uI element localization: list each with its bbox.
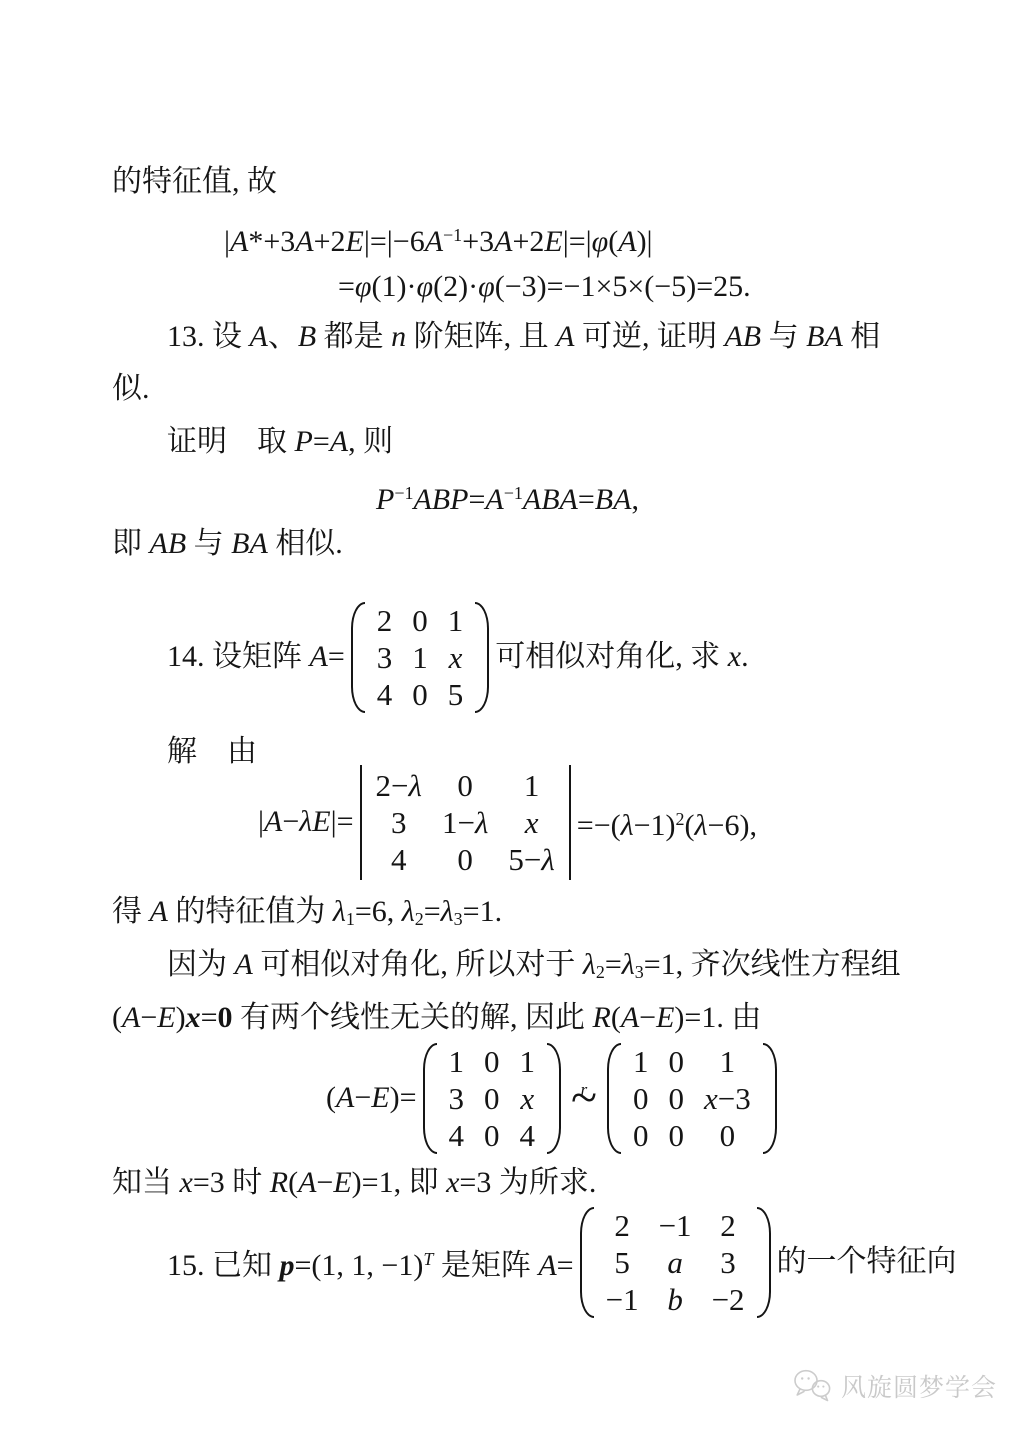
text-run: . (741, 640, 749, 673)
text-run: 由 (197, 735, 257, 768)
left-paren (423, 1043, 437, 1154)
equation-phi-line2: =φ(1)·φ(2)·φ(−3)=−1×5×(−5)=25. (338, 268, 751, 306)
text-run: 1 (346, 909, 355, 929)
wechat-icon (792, 1368, 834, 1404)
matrix-row-reduced: 10100x−3000 (607, 1043, 777, 1154)
text-run: A (150, 895, 168, 928)
text-run: − (316, 1166, 333, 1199)
text-run: 15. 已知 (167, 1248, 280, 1281)
text-run: AB (724, 320, 761, 353)
text-run: 与 (186, 527, 231, 560)
text-run: ( (608, 225, 618, 258)
text-run: 解 (167, 735, 197, 768)
matrix-cell: 0 (658, 1043, 694, 1080)
text-run: =6, (355, 895, 402, 928)
text-run: +2 (512, 225, 544, 258)
problem14-statement: 14. 设矩阵 A= 20131x405 可相似对角化, 求 x. (167, 601, 749, 713)
matrix-cell: −1 (649, 1207, 702, 1244)
text-run: P (376, 483, 394, 516)
text-run: − (282, 805, 299, 838)
text-run: A (235, 948, 253, 981)
matrix-row: 2−12 (596, 1207, 755, 1244)
text-run: A (264, 805, 282, 838)
watermark: 风旋圆梦学会 (792, 1368, 997, 1404)
text-run: BA (595, 483, 632, 516)
text-run: 可相似对角化, 求 (495, 640, 728, 673)
matrix-cell: 1−λ (432, 804, 498, 841)
matrix-cell: 0 (432, 841, 498, 878)
text-run: λ (475, 805, 488, 840)
text-run: 相似. (268, 527, 343, 560)
text-run: =3 时 (193, 1166, 270, 1199)
text-run: 13. 设 (167, 320, 250, 353)
determinant-grid: 2−λ0131−λx405−λ (360, 765, 571, 880)
text-run: A (310, 640, 328, 673)
paragraph-eigenvalue-tail: 的特征值, 故 (112, 163, 277, 201)
matrix-row: 2−λ01 (366, 767, 565, 804)
text-run: R (593, 1001, 611, 1034)
text-run: A (250, 320, 268, 353)
text-run: (−3)=−1×5×(−5)=25. (495, 270, 751, 303)
matrix-row: 101 (623, 1043, 761, 1080)
text-run: 的特征值为 (168, 895, 333, 928)
text-run: 得 (112, 895, 150, 928)
matrix-cell: 0 (432, 767, 498, 804)
text-run: = (338, 270, 355, 303)
text-run: x (525, 805, 539, 840)
equation-phi-line1: |A*+3A+2E|=|−6A−1+3A+2E|=|φ(A)| (224, 216, 653, 261)
text-run: 的特征值, 故 (112, 165, 277, 198)
matrix-cell: 5 (438, 676, 474, 713)
text-run: 可相似对角化, 所以对于 (253, 948, 583, 981)
text-run: BA (231, 527, 268, 560)
matrix-grid: 2−125a3−1b−2 (596, 1207, 755, 1318)
right-paren (757, 1207, 771, 1318)
matrix-cell: 1 (623, 1043, 659, 1080)
text-run: A (425, 225, 443, 258)
matrix-cell: x (498, 804, 564, 841)
matrix-cell: 4 (366, 841, 432, 878)
eigenvalues-line: 得 A 的特征值为 λ1=6, λ2=λ3=1. (112, 893, 502, 938)
matrix-row: 201 (367, 602, 474, 639)
text-run: λ (409, 768, 422, 803)
matrix-cell: 1 (402, 639, 438, 676)
text-run: E (544, 225, 562, 258)
text-run: φ (417, 270, 434, 303)
matrix-a14: 20131x405 (351, 602, 490, 713)
problem15-suffix: 的一个特征向 (777, 1243, 957, 1281)
text-run: A (336, 1081, 354, 1114)
text-run: 知当 (112, 1166, 180, 1199)
text-run: =(1, 1, −1) (295, 1248, 424, 1281)
text-run: b (667, 1282, 683, 1317)
equation-similarity: P−1ABP=A−1ABA=BA, (376, 474, 639, 519)
matrix-grid: 10100x−3000 (623, 1043, 761, 1154)
text-run: = (605, 948, 622, 981)
text-run: 、 (268, 320, 298, 353)
text-run: 的一个特征向 (777, 1245, 957, 1278)
text-run: λ (333, 895, 346, 928)
matrix-row: 31−λx (366, 804, 565, 841)
matrix-cell: 5 (596, 1244, 649, 1281)
text-run: 3 (635, 962, 644, 982)
text-run: 都是 (316, 320, 391, 353)
problem15-statement: 15. 已知 p=(1, 1, −1)T 是矩阵 A= 2−125a3−1b−2… (167, 1204, 957, 1320)
matrix-cell: 0 (658, 1080, 694, 1117)
matrix-cell: 4 (439, 1117, 475, 1154)
text-run: E (333, 1166, 351, 1199)
text-run: = (328, 640, 345, 673)
matrix-cell: 4 (510, 1117, 546, 1154)
matrix-row: 31x (367, 639, 474, 676)
determinant-prefix: |A−λE|= (258, 803, 354, 841)
text-run: x (520, 1081, 534, 1116)
text-run: = (468, 483, 485, 516)
row-equivalence-symbol: r ~ (571, 1089, 597, 1107)
text-run: ( (611, 1001, 621, 1034)
text-run: =1. (463, 895, 502, 928)
text-run: A (618, 225, 636, 258)
text-run: P (295, 425, 313, 458)
text-run: − (354, 1081, 371, 1114)
matrix-cell: x (438, 639, 474, 676)
text-run: *+3 (248, 225, 295, 258)
text-run: 因为 (167, 948, 235, 981)
text-run: E (346, 225, 364, 258)
text-run: = (313, 425, 330, 458)
matrix-cell: 0 (694, 1117, 761, 1154)
matrix-a-minus-e: 10130x404 (423, 1043, 562, 1154)
matrix-cell: −1 (596, 1281, 649, 1318)
determinant: 2−λ0131−λx405−λ (360, 765, 571, 880)
text-run: φ (592, 225, 609, 258)
right-paren (763, 1043, 777, 1154)
text-run: x (180, 1166, 193, 1199)
text-run: λ (299, 805, 312, 838)
text-run: A (556, 320, 574, 353)
text-run: λ (622, 948, 635, 981)
text-run: A (330, 425, 348, 458)
text-run: x (186, 1001, 201, 1034)
matrix-cell: 3 (366, 804, 432, 841)
text-run: −1) (634, 808, 676, 841)
text-run: E (656, 1001, 674, 1034)
text-run: λ (583, 948, 596, 981)
matrix-cell: a (649, 1244, 702, 1281)
row-reduction-equation: (A−E)= 10130x404 r ~ 10100x−3000 (326, 1045, 783, 1151)
text-run: φ (355, 270, 372, 303)
text-run: −3 (718, 1081, 751, 1116)
text-run: − (140, 1001, 157, 1034)
text-run: B (298, 320, 316, 353)
text-run: A (122, 1001, 140, 1034)
matrix-row: 405 (367, 676, 474, 713)
text-run: 有两个线性无关的解, 因此 (233, 1001, 593, 1034)
text-run: , (631, 483, 639, 516)
matrix-cell: 0 (474, 1043, 510, 1080)
left-paren (607, 1043, 621, 1154)
text-run: AB (150, 527, 187, 560)
solution-intro: 解 由 (167, 733, 257, 771)
text-run: −6), (708, 808, 757, 841)
text-run: = (578, 483, 595, 516)
matrix-cell: 0 (474, 1117, 510, 1154)
text-run: A (298, 1166, 316, 1199)
matrix-row: 00x−3 (623, 1080, 761, 1117)
matrix-cell: 1 (510, 1043, 546, 1080)
text-run: λ (441, 895, 454, 928)
matrix-cell: 0 (623, 1117, 659, 1154)
text-run: |= (331, 805, 354, 838)
text-run: x (728, 640, 741, 673)
matrix-cell: 4 (367, 676, 403, 713)
matrix-cell: −2 (702, 1281, 755, 1318)
matrix-cell: 0 (658, 1117, 694, 1154)
matrix-cell: 0 (623, 1080, 659, 1117)
text-run: 即 (112, 527, 150, 560)
text-run: E (312, 805, 330, 838)
text-run: (2)· (433, 270, 478, 303)
text-run: E (157, 1001, 175, 1034)
watermark-label: 风旋圆梦学会 (841, 1368, 997, 1404)
matrix-cell: 3 (439, 1080, 475, 1117)
right-paren (547, 1043, 561, 1154)
text-run: 0 (218, 1001, 233, 1034)
text-run: T (423, 1249, 433, 1269)
text-run: 与 (761, 320, 806, 353)
text-run: =−( (577, 808, 621, 841)
text-run: = (201, 1001, 218, 1034)
text-run: 2 (676, 809, 685, 829)
text-run: A (494, 225, 512, 258)
text-run: )=1, 即 (352, 1166, 446, 1199)
text-run: 14. 设矩阵 (167, 640, 310, 673)
text-run: )=1. 由 (674, 1001, 761, 1034)
problem13-proof-intro: 证明 取 P=A, 则 (167, 423, 393, 461)
matrix-cell: 3 (702, 1244, 755, 1281)
matrix-grid: 10130x404 (439, 1043, 546, 1154)
text-run: (1)· (372, 270, 417, 303)
matrix-a15: 2−125a3−1b−2 (580, 1207, 771, 1318)
text-run: n (391, 320, 406, 353)
matrix-cell: 1 (439, 1043, 475, 1080)
left-paren (580, 1207, 594, 1318)
matrix-cell: x−3 (694, 1080, 761, 1117)
text-run: x (704, 1081, 718, 1116)
matrix-row: 000 (623, 1117, 761, 1154)
text-run: 相 (843, 320, 881, 353)
equation-characteristic-determinant: |A−λE|= 2−λ0131−λx405−λ =−(λ−1)2(λ−6), (258, 769, 757, 875)
text-run: φ (478, 270, 495, 303)
determinant-suffix: =−(λ−1)2(λ−6), (577, 800, 757, 845)
text-run: =3 为所求. (459, 1166, 596, 1199)
text-run: A (230, 225, 248, 258)
matrix-grid: 20131x405 (367, 602, 474, 713)
document-page: 的特征值, 故 |A*+3A+2E|=|−6A−1+3A+2E|=|φ(A)| … (0, 0, 1011, 1431)
text-run: 2 (596, 962, 605, 982)
text-run: |=|−6 (364, 225, 425, 258)
matrix-cell: 1 (438, 602, 474, 639)
problem13-statement-line2: 似. (112, 370, 150, 408)
text-run: +3 (462, 225, 494, 258)
text-run: λ (695, 808, 708, 841)
matrix-cell: 2 (702, 1207, 755, 1244)
text-run: ( (288, 1166, 298, 1199)
text-run: 5− (508, 842, 541, 877)
text-run: p (280, 1248, 295, 1281)
text-run: = (557, 1248, 574, 1281)
right-paren (475, 602, 489, 713)
problem13-statement-line1: 13. 设 A、B 都是 n 阶矩阵, 且 A 可逆, 证明 AB 与 BA 相 (167, 318, 880, 356)
text-run: 3 (454, 909, 463, 929)
text-run: λ (621, 808, 634, 841)
matrix-row: 5a3 (596, 1244, 755, 1281)
text-run: ) (176, 1001, 186, 1034)
text-run: ( (326, 1081, 336, 1114)
matrix-cell: 1 (694, 1043, 761, 1080)
text-run: 似. (112, 372, 150, 405)
text-run: E (371, 1081, 389, 1114)
text-run: ABP (413, 483, 468, 516)
problem13-conclusion: 即 AB 与 BA 相似. (112, 525, 343, 563)
text-run: − (639, 1001, 656, 1034)
text-run: 是矩阵 (433, 1248, 538, 1281)
text-run: 可逆, 证明 (574, 320, 724, 353)
matrix-cell: 2 (596, 1207, 649, 1244)
because-line: 因为 A 可相似对角化, 所以对于 λ2=λ3=1, 齐次线性方程组 (167, 946, 901, 991)
text-run: ( (685, 808, 695, 841)
text-run: −1 (443, 225, 462, 245)
text-run: 取 (227, 425, 295, 458)
text-run: λ (402, 895, 415, 928)
text-run: a (667, 1245, 683, 1280)
text-run: x (449, 640, 463, 675)
text-run: 2− (376, 768, 409, 803)
problem14-conclusion: 知当 x=3 时 R(A−E)=1, 即 x=3 为所求. (112, 1164, 596, 1202)
matrix-row: 30x (439, 1080, 546, 1117)
text-run: 证明 (167, 425, 227, 458)
text-run: +2 (314, 225, 346, 258)
matrix-cell: b (649, 1281, 702, 1318)
text-run: A (295, 225, 313, 258)
text-run: A (621, 1001, 639, 1034)
matrix-row: 404 (439, 1117, 546, 1154)
row-op-label: r (581, 1071, 588, 1109)
homogeneous-system-line: (A−E)x=0 有两个线性无关的解, 因此 R(A−E)=1. 由 (112, 999, 761, 1037)
problem14-suffix: 可相似对角化, 求 x. (495, 638, 748, 676)
matrix-cell: x (510, 1080, 546, 1117)
matrix-cell: 0 (402, 676, 438, 713)
text-run: |=| (563, 225, 592, 258)
matrix-cell: 3 (367, 639, 403, 676)
text-run: , 则 (348, 425, 393, 458)
text-run: ABA (523, 483, 578, 516)
matrix-row: 405−λ (366, 841, 565, 878)
matrix-cell: 2−λ (366, 767, 432, 804)
matrix-cell: 1 (498, 767, 564, 804)
matrix-row: −1b−2 (596, 1281, 755, 1318)
text-run: )| (637, 225, 653, 258)
text-run: 1− (442, 805, 475, 840)
matrix-cell: 5−λ (498, 841, 564, 878)
text-run: x (446, 1166, 459, 1199)
matrix-row: 101 (439, 1043, 546, 1080)
row-reduction-prefix: (A−E)= (326, 1079, 417, 1117)
text-run: A (485, 483, 503, 516)
text-run: −1 (394, 483, 413, 503)
problem15-prefix: 15. 已知 p=(1, 1, −1)T 是矩阵 A= (167, 1240, 574, 1285)
text-run: 2 (415, 909, 424, 929)
matrix-cell: 0 (402, 602, 438, 639)
text-run: −1 (504, 483, 523, 503)
text-run: A (538, 1248, 556, 1281)
matrix-cell: 2 (367, 602, 403, 639)
text-run: =1, 齐次线性方程组 (644, 948, 901, 981)
text-run: BA (806, 320, 843, 353)
text-run: )= (390, 1081, 417, 1114)
problem14-prefix: 14. 设矩阵 A= (167, 638, 345, 676)
text-run: = (424, 895, 441, 928)
text-run: λ (541, 842, 554, 877)
text-run: R (270, 1166, 288, 1199)
matrix-cell: 0 (474, 1080, 510, 1117)
text-run: ( (112, 1001, 122, 1034)
text-run: 阶矩阵, 且 (406, 320, 556, 353)
left-paren (351, 602, 365, 713)
